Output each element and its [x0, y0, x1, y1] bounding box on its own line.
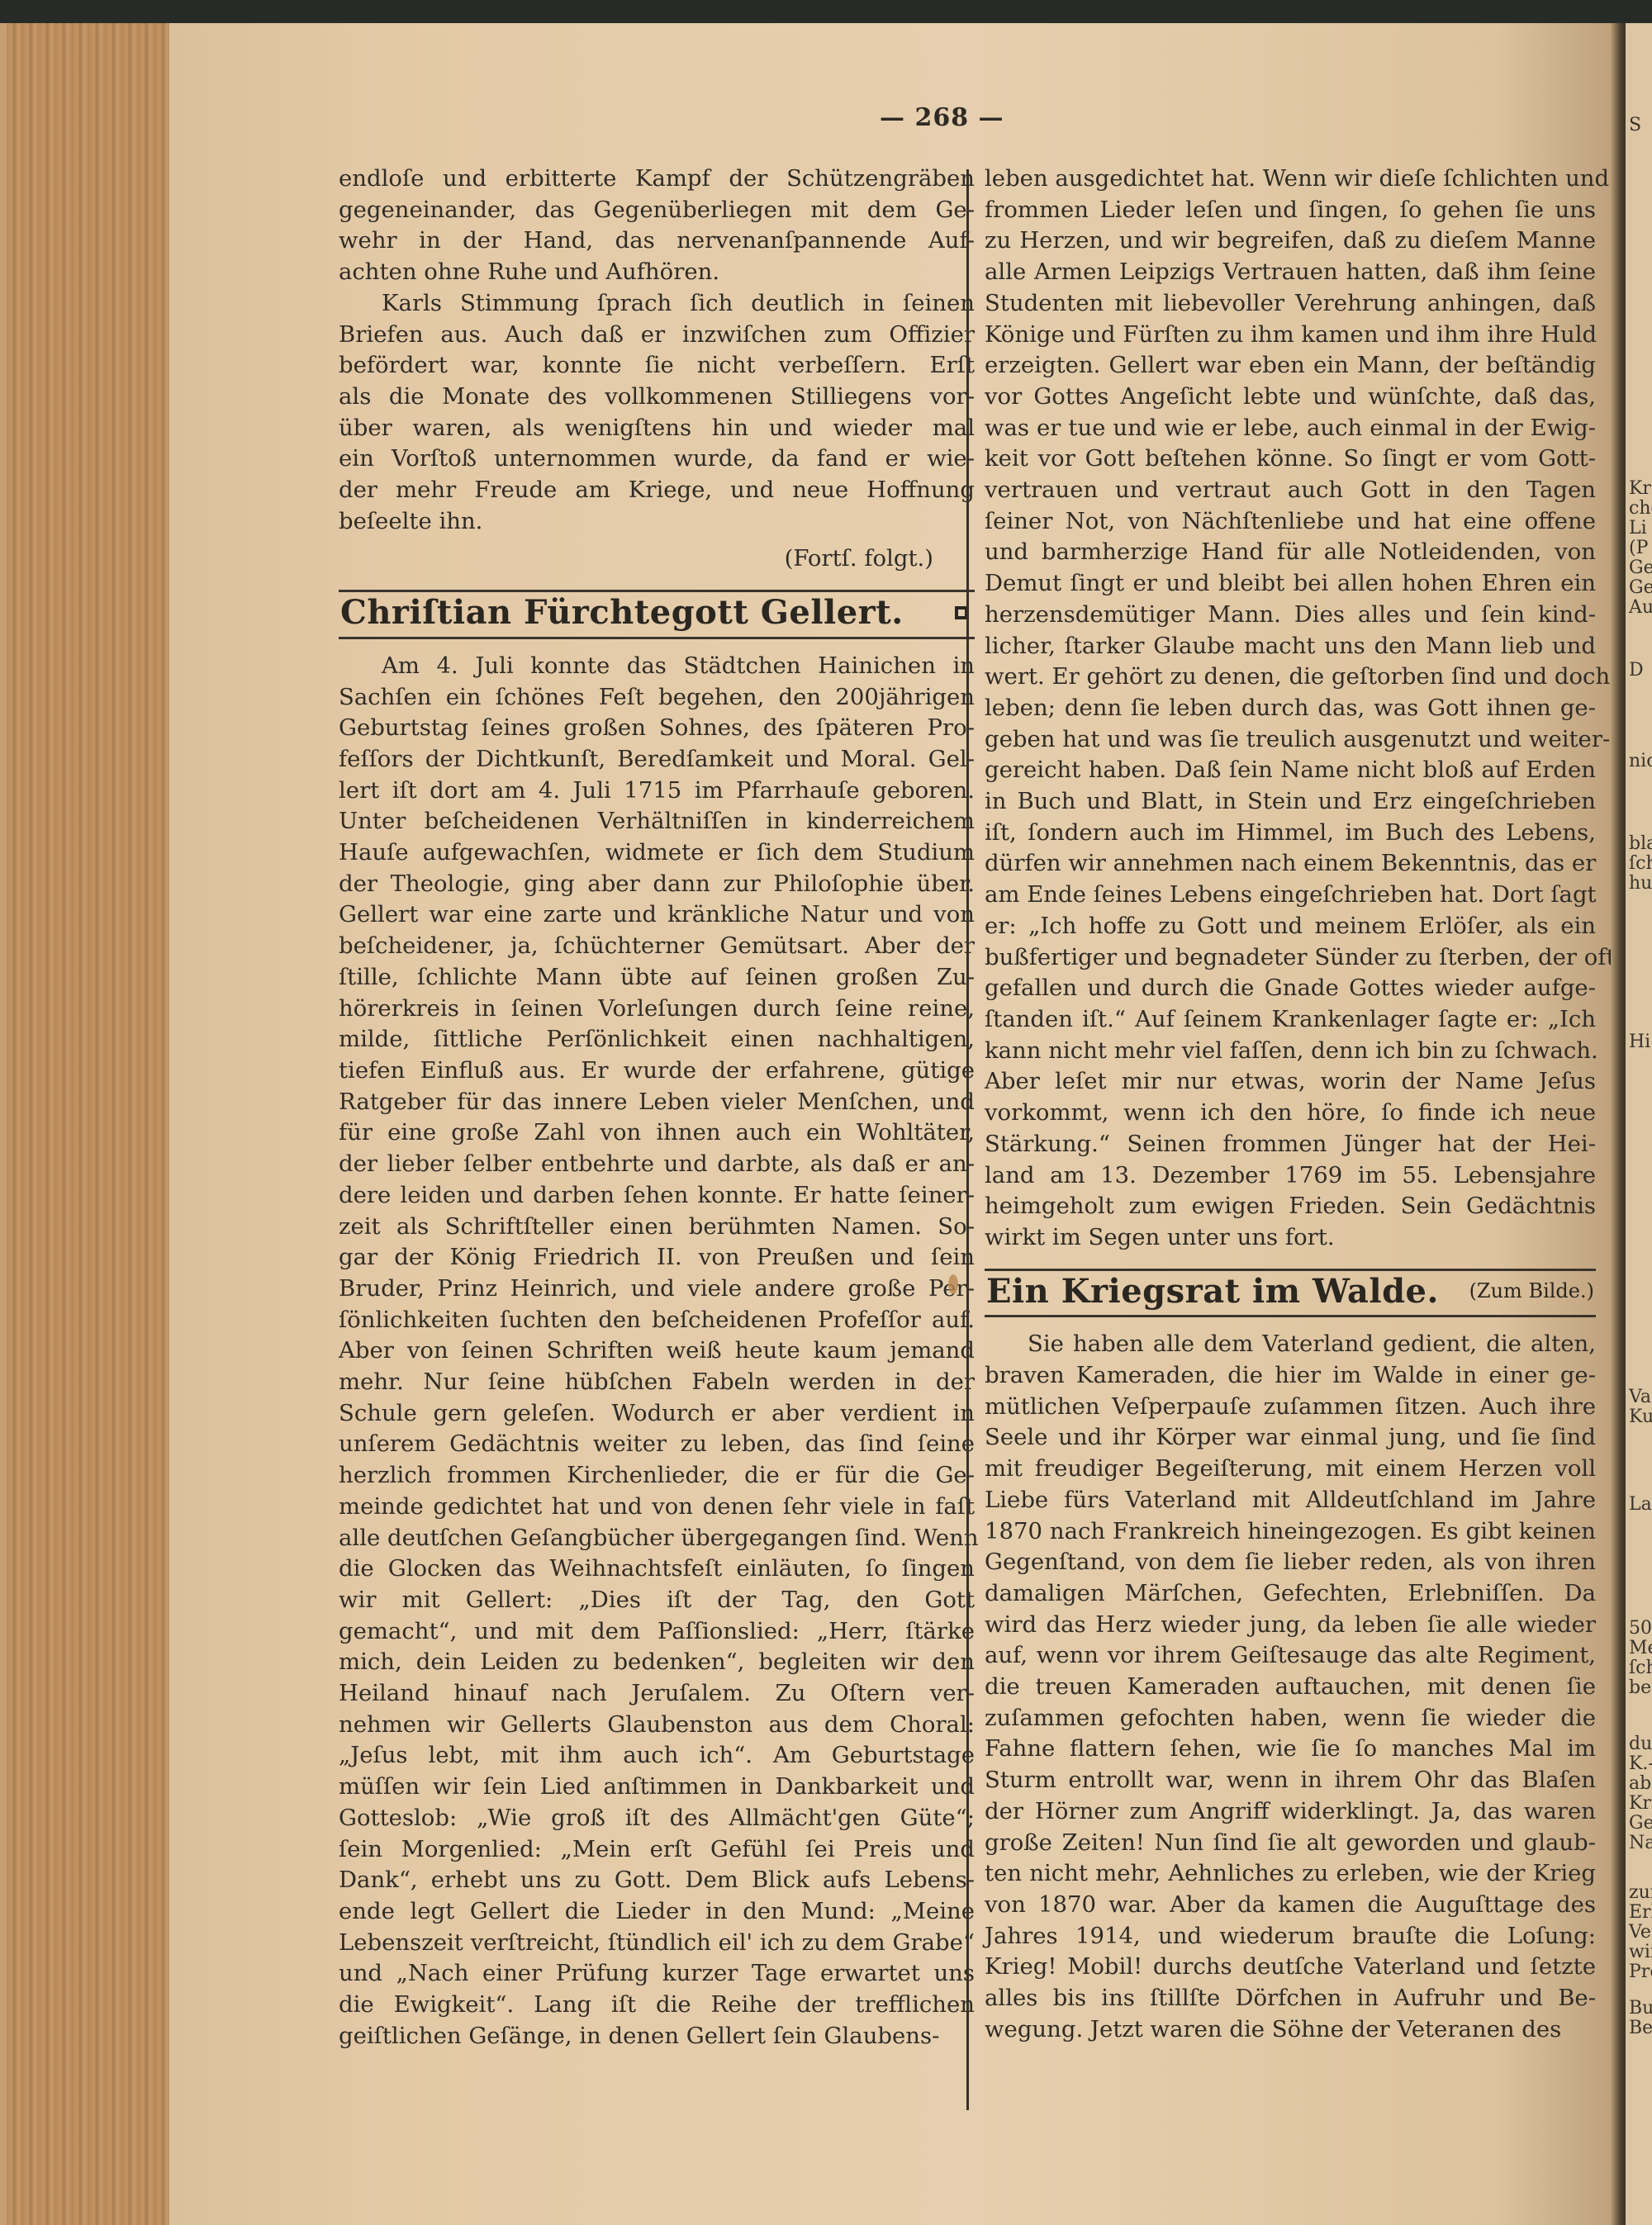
- text-line: Gegenſtand, von dem ſie lieber reden, al…: [985, 1547, 1596, 1578]
- text-line: gefallen und durch die Gnade Gottes wied…: [985, 973, 1596, 1004]
- text-line: frommen Lieder leſen und ſingen, ſo gehe…: [985, 195, 1596, 226]
- text-line: gemacht“, und mit dem Paſſionslied: „Her…: [339, 1616, 975, 1648]
- text-line: tiefen Einfluß aus. Er wurde der erfahre…: [339, 1056, 975, 1087]
- adjacent-page-text: Prob: [1629, 1962, 1652, 1982]
- text-line: beſeelte ihn.: [339, 506, 975, 538]
- adjacent-page-text: Berli: [1629, 2019, 1652, 2038]
- adjacent-page-fragment: SKrcheLi(PGeGeAuDnicblaſchhuHiVaKuLa50Me…: [1626, 23, 1652, 2225]
- adjacent-page-text: Ge: [1629, 558, 1652, 578]
- text-line: ein Vorſtoß unternommen wurde, da fand e…: [339, 444, 975, 475]
- adjacent-page-text: La: [1629, 1495, 1652, 1515]
- text-line: von 1870 war. Aber da kamen die Auguſtta…: [985, 1890, 1596, 1921]
- text-line: er: „Ich hoffe zu Gott und meinem Erlöſe…: [985, 911, 1596, 942]
- text-line: licher, ſtarker Glaube macht uns den Man…: [985, 631, 1596, 662]
- adjacent-page-text: Na: [1629, 1834, 1652, 1853]
- page-number: — 268 —: [880, 103, 1004, 132]
- text-line: Sie haben alle dem Vaterland gedient, di…: [985, 1329, 1596, 1360]
- text-line: Ratgeber für das innere Leben vieler Men…: [339, 1087, 975, 1118]
- text-line: ſeiner Not, von Nächſtenliebe und hat ei…: [985, 506, 1596, 538]
- text-line: Sachſen ein ſchönes Feſt begehen, den 20…: [339, 682, 975, 714]
- text-line: müſſen wir ſein Lied anſtimmen in Dankba…: [339, 1772, 975, 1803]
- text-line: und „Nach einer Prüfung kurzer Tage erwa…: [339, 1958, 975, 1990]
- text-line: die treuen Kameraden auftauchen, mit den…: [985, 1672, 1596, 1703]
- text-line: vertrauen und vertraut auch Gott in den …: [985, 475, 1596, 506]
- adjacent-page-text: bla: [1629, 834, 1652, 854]
- adjacent-page-text: Gefa: [1629, 1814, 1652, 1834]
- adjacent-page-text: Va: [1629, 1388, 1651, 1407]
- text-line: braven Kameraden, die hier im Walde in e…: [985, 1360, 1596, 1392]
- text-line: zeit als Schriftſteller einen berühmten …: [339, 1212, 975, 1243]
- adjacent-page-text: Erb: [1629, 1903, 1652, 1923]
- text-line: zuſammen gefochten haben, wenn ſie wiede…: [985, 1703, 1596, 1734]
- text-line: die Glocken das Weihnachtsfeſt einläuten…: [339, 1554, 975, 1585]
- text-line: Bruder, Prinz Heinrich, und viele andere…: [339, 1274, 975, 1305]
- text-line: beſcheidener, ja, ſchüchterner Gemütsart…: [339, 931, 975, 962]
- text-line: unſerem Gedächtnis weiter zu leben, das …: [339, 1429, 975, 1460]
- text-line: geiſtlichen Geſänge, in denen Gellert ſe…: [339, 2021, 975, 2052]
- text-line: Gotteslob: „Wie groß iſt des Allmächt'ge…: [339, 1803, 975, 1834]
- adjacent-page-text: K.-: [1629, 1754, 1652, 1774]
- text-line: wirkt im Segen unter uns fort.: [985, 1222, 1596, 1254]
- text-line: zu Herzen, und wir begreifen, daß zu die…: [985, 225, 1596, 257]
- image-reference-note: (Zum Bilde.): [1469, 1276, 1594, 1307]
- text-line: Seele und ihr Körper war einmal jung, un…: [985, 1422, 1596, 1454]
- adjacent-page-text: bei: [1629, 1678, 1652, 1698]
- adjacent-page-text: 50: [1629, 1619, 1652, 1639]
- right-column: leben ausgedichtet hat. Wenn wir dieſe ſ…: [976, 164, 1596, 2045]
- adjacent-page-text: Ku: [1629, 1407, 1652, 1427]
- text-line: wird das Herz wieder jung, da leben ſie …: [985, 1610, 1596, 1641]
- text-line: herzensdemütiger Mann. Dies alles und ſe…: [985, 600, 1596, 631]
- text-line: der lieber ſelber entbehrte und darbte, …: [339, 1149, 975, 1180]
- text-line: erzeigten. Gellert war eben ein Mann, de…: [985, 350, 1596, 382]
- left-column: endloſe und erbitterte Kampf der Schütze…: [339, 164, 975, 2052]
- text-line: leben ausgedichtet hat. Wenn wir dieſe ſ…: [985, 164, 1596, 195]
- text-line: heimgeholt zum ewigen Frieden. Sein Gedä…: [985, 1191, 1596, 1222]
- text-line: am Ende ſeines Lebens eingeſchrieben hat…: [985, 880, 1596, 911]
- text-line: ende legt Gellert die Lieder in den Mund…: [339, 1896, 975, 1928]
- text-line: hörerkreis in ſeinen Vorleſungen durch ſ…: [339, 994, 975, 1025]
- adjacent-page-text: che: [1629, 499, 1652, 519]
- text-line: meinde gedichtet hat und von denen ſehr …: [339, 1492, 975, 1523]
- text-line: Dank“, erhebt uns zu Gott. Dem Blick auf…: [339, 1865, 975, 1896]
- text-line: mit freudiger Begeiſterung, mit einem He…: [985, 1454, 1596, 1485]
- article-body-kriegsrat: Sie haben alle dem Vaterland gedient, di…: [985, 1329, 1596, 2045]
- text-line: alle deutſchen Geſangbücher übergegangen…: [339, 1523, 975, 1554]
- text-line: was er tue und wie er lebe, auch einmal …: [985, 413, 1596, 444]
- text-line: milde, ſittliche Perſönlichkeit einen na…: [339, 1024, 975, 1056]
- text-line: Unter beſcheidenen Verhältniſſen in kind…: [339, 806, 975, 837]
- adjacent-page-text: wir: [1629, 1943, 1652, 1962]
- text-line: wir mit Gellert: „Dies iſt der Tag, den …: [339, 1585, 975, 1616]
- text-line: dürfen wir annehmen nach einem Bekenntni…: [985, 848, 1596, 880]
- text-line: Schule gern geleſen. Wodurch er aber ver…: [339, 1398, 975, 1430]
- text-line: Lebenszeit verſtreicht, ſtündlich eil' i…: [339, 1928, 975, 1959]
- text-line: lert iſt dort am 4. Juli 1715 im Pfarrha…: [339, 776, 975, 807]
- adjacent-page-text: ſch: [1629, 854, 1652, 874]
- text-line: gar der König Friedrich II. von Preußen …: [339, 1242, 975, 1274]
- text-line: Aber leſet mir nur etwas, worin der Name…: [985, 1066, 1596, 1098]
- paper-stain: [948, 1274, 958, 1294]
- adjacent-page-text: Krie: [1629, 1794, 1652, 1814]
- adjacent-page-text: Ge: [1629, 578, 1652, 598]
- text-line: alles bis ins ſtillſte Dörfchen in Aufru…: [985, 1983, 1596, 2014]
- adjacent-page-text: (P: [1629, 538, 1648, 558]
- text-line: Jahres 1914, und wiederum brauſte die Lo…: [985, 1921, 1596, 1952]
- text-line: damaligen Märſchen, Gefechten, Erlebniſſ…: [985, 1578, 1596, 1610]
- book-page-edges: [0, 23, 169, 2225]
- text-line: Am 4. Juli konnte das Städtchen Hainiche…: [339, 651, 975, 682]
- text-line: große Zeiten! Nun ſind ſie alt geworden …: [985, 1828, 1596, 1859]
- text-line: 1870 nach Frankreich hineingezogen. Es g…: [985, 1516, 1596, 1548]
- text-line: leben; denn ſie leben durch das, was Got…: [985, 693, 1596, 724]
- text-line: bußfertiger und begnadeter Sünder zu ſte…: [985, 942, 1596, 974]
- text-line: Demut ſingt er und bleibt bei allen hohe…: [985, 568, 1596, 600]
- article-title-kriegsrat: Ein Kriegsrat im Walde.: [986, 1276, 1439, 1307]
- article-body-gellert: Am 4. Juli konnte das Städtchen Hainiche…: [339, 651, 975, 2052]
- text-line: herzlich frommen Kirchenlieder, die er f…: [339, 1460, 975, 1492]
- text-line: der Theologie, ging aber dann zur Philoſ…: [339, 869, 975, 900]
- header-rule-bottom: [339, 637, 975, 639]
- text-line: für eine große Zahl von ihnen auch ein W…: [339, 1117, 975, 1149]
- adjacent-page-text: nic: [1629, 752, 1652, 771]
- text-line: wehr in der Hand, das nervenanſpannende …: [339, 225, 975, 257]
- text-line: mehr. Nur ſeine hübſchen Fabeln werden i…: [339, 1367, 975, 1398]
- text-line: ten nicht mehr, Aehnliches zu erleben, w…: [985, 1858, 1596, 1890]
- text-line: Studenten mit liebevoller Verehrung anhi…: [985, 288, 1596, 320]
- text-line: ſtanden iſt.“ Auf ſeinem Krankenlager ſa…: [985, 1004, 1596, 1036]
- text-line: befördert war, konnte ſie nicht verbeſſe…: [339, 350, 975, 382]
- text-line: kann nicht mehr viel faſſen, denn ich bi…: [985, 1036, 1596, 1067]
- article-title-gellert: Chriſtian Fürchtegott Gellert.: [340, 597, 904, 629]
- adjacent-page-text: Hi: [1629, 1032, 1650, 1052]
- text-line: dere leiden und darben ſehen konnte. Er …: [339, 1180, 975, 1212]
- text-line: iſt, ſondern auch im Himmel, im Buch des…: [985, 818, 1596, 849]
- adjacent-page-text: D: [1629, 661, 1644, 681]
- text-line: in Buch und Blatt, in Stein und Erz eing…: [985, 786, 1596, 818]
- text-line: feſſors der Dichtkunſt, Beredſamkeit und…: [339, 744, 975, 776]
- text-line: Karls Stimmung ſprach ſich deutlich in ſ…: [339, 288, 975, 320]
- book-binding-top: [0, 0, 1652, 25]
- article-body-gellert-continued: leben ausgedichtet hat. Wenn wir dieſe ſ…: [985, 164, 1596, 1254]
- adjacent-page-text: zur: [1629, 1883, 1652, 1903]
- text-line: der Hörner zum Angriff widerklingt. Ja, …: [985, 1796, 1596, 1828]
- adjacent-page-text: durc: [1629, 1734, 1652, 1754]
- text-line: Könige und Fürſten zu ihm kamen und ihm …: [985, 320, 1596, 351]
- text-line: Aber von ſeinen Schriften weiß heute kau…: [339, 1335, 975, 1367]
- text-line: Heiland hinauf nach Jeruſalem. Zu Oſtern…: [339, 1678, 975, 1710]
- text-line: ſein Morgenlied: „Mein erſt Gefühl ſei P…: [339, 1834, 975, 1866]
- text-line: Stärkung.“ Seinen frommen Jünger hat der…: [985, 1129, 1596, 1160]
- text-line: über waren, als wenigſtens hin und wiede…: [339, 413, 975, 444]
- adjacent-page-text: Li: [1629, 519, 1647, 538]
- text-line: land am 13. Dezember 1769 im 55. Lebensj…: [985, 1160, 1596, 1192]
- text-line: mütlichen Veſperpauſe zuſammen ſitzen. A…: [985, 1392, 1596, 1423]
- text-line: Liebe fürs Vaterland mit Alldeutſchland …: [985, 1485, 1596, 1516]
- text-line: keit vor Gott beſtehen könne. So ſingt e…: [985, 444, 1596, 475]
- text-line: vorkommt, wenn ich den höre, ſo finde ic…: [985, 1098, 1596, 1129]
- story-paragraph-karl: Karls Stimmung ſprach ſich deutlich in ſ…: [339, 288, 975, 538]
- adjacent-page-text: Mel: [1629, 1639, 1652, 1658]
- adjacent-page-text: S: [1629, 116, 1641, 135]
- text-line: ſönlichkeiten ſuchten den beſcheidenen P…: [339, 1305, 975, 1336]
- text-line: „Jeſus lebt, mit ihm auch ich“. Am Gebur…: [339, 1740, 975, 1772]
- text-line: Krieg! Mobil! durchs deutſche Vaterland …: [985, 1952, 1596, 1983]
- text-line: achten ohne Ruhe und Aufhören.: [339, 257, 975, 288]
- text-line: ſtille, ſchlichte Mann übte auf ſeinen g…: [339, 962, 975, 994]
- adjacent-page-text: aben: [1629, 1774, 1652, 1794]
- column-divider: [966, 169, 969, 2110]
- adjacent-page-text: Kr: [1629, 479, 1651, 499]
- text-line: die Ewigkeit“. Lang iſt die Reihe der tr…: [339, 1990, 975, 2021]
- text-line: Gellert war eine zarte und kränkliche Na…: [339, 899, 975, 931]
- text-line: mich, dein Leiden zu bedenken“, begleite…: [339, 1647, 975, 1678]
- text-line: Hauſe aufgewachſen, widmete er ſich dem …: [339, 837, 975, 869]
- text-line: endloſe und erbitterte Kampf der Schütze…: [339, 164, 975, 195]
- to-be-continued-note: (Fortſ. folgt.): [339, 543, 975, 575]
- adjacent-page-text: Au: [1629, 598, 1652, 618]
- adjacent-page-text: Ver: [1629, 1923, 1652, 1943]
- text-line: und barmherzige Hand für alle Notleidend…: [985, 537, 1596, 568]
- text-line: Sturm entrollt war, wenn in ihrem Ohr da…: [985, 1765, 1596, 1796]
- text-line: gereicht haben. Daß ſein Name nicht bloß…: [985, 755, 1596, 786]
- text-line: Briefen aus. Auch daß er inzwiſchen zum …: [339, 320, 975, 351]
- text-line: geben hat und was ſie treulich ausgenutz…: [985, 724, 1596, 756]
- header-rule-bottom: [985, 1315, 1596, 1317]
- adjacent-page-text: ſchla: [1629, 1658, 1652, 1678]
- text-line: Geburtstag ſeines großen Sohnes, des ſpä…: [339, 713, 975, 744]
- article-header-kriegsrat: Ein Kriegsrat im Walde. (Zum Bilde.): [985, 1269, 1596, 1318]
- text-line: vor Gottes Angeſicht lebte und wünſchte,…: [985, 382, 1596, 413]
- text-line: als die Monate des vollkommenen Stillieg…: [339, 382, 975, 413]
- text-line: gegeneinander, das Gegenüberliegen mit d…: [339, 195, 975, 226]
- text-line: wegung. Jetzt waren die Söhne der Vetera…: [985, 2014, 1596, 2046]
- text-line: auf, wenn vor ihrem Geiſtesauge das alte…: [985, 1640, 1596, 1672]
- text-line: alle Armen Leipzigs Vertrauen hatten, da…: [985, 257, 1596, 288]
- text-line: Fahne flattern ſehen, wie ſie ſo manches…: [985, 1734, 1596, 1765]
- story-continuation-paragraph: endloſe und erbitterte Kampf der Schütze…: [339, 164, 975, 288]
- text-line: wert. Er gehört zu denen, die geſtorben …: [985, 662, 1596, 693]
- adjacent-page-text: Buch: [1629, 1999, 1652, 2019]
- text-line: nehmen wir Gellerts Glaubenston aus dem …: [339, 1710, 975, 1741]
- text-line: der mehr Freude am Kriege, und neue Hoff…: [339, 475, 975, 506]
- article-header-gellert: Chriſtian Fürchtegott Gellert.: [339, 590, 975, 639]
- adjacent-page-text: hu: [1629, 874, 1652, 894]
